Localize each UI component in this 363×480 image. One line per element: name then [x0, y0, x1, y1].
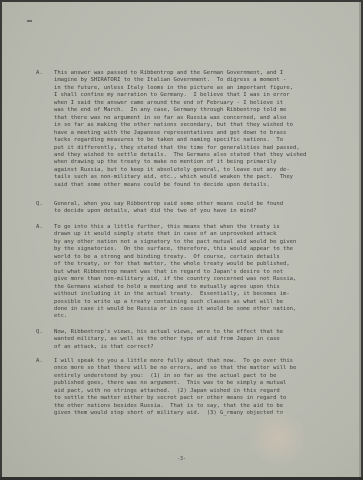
speaker-label: Q.	[36, 329, 46, 336]
page-number: -3-	[0, 456, 363, 462]
answer-text: I will speak to you a little more fully …	[54, 358, 352, 418]
document-page: A. This answer was passed to Ribbentrop …	[2, 2, 361, 477]
answer-text: To go into this a little further, this m…	[54, 224, 352, 321]
speaker-label: A.	[36, 70, 46, 77]
corner-mark	[27, 20, 32, 22]
speaker-label: Q.	[36, 201, 46, 208]
speaker-label: A.	[36, 224, 46, 231]
question-text: General, when you say Ribbentrop said so…	[54, 201, 352, 216]
answer-text: This answer was passed to Ribbentrop and…	[54, 70, 352, 189]
question-text: Now, Ribbentrop's views, his actual view…	[54, 329, 352, 351]
speaker-label: A.	[36, 358, 46, 365]
